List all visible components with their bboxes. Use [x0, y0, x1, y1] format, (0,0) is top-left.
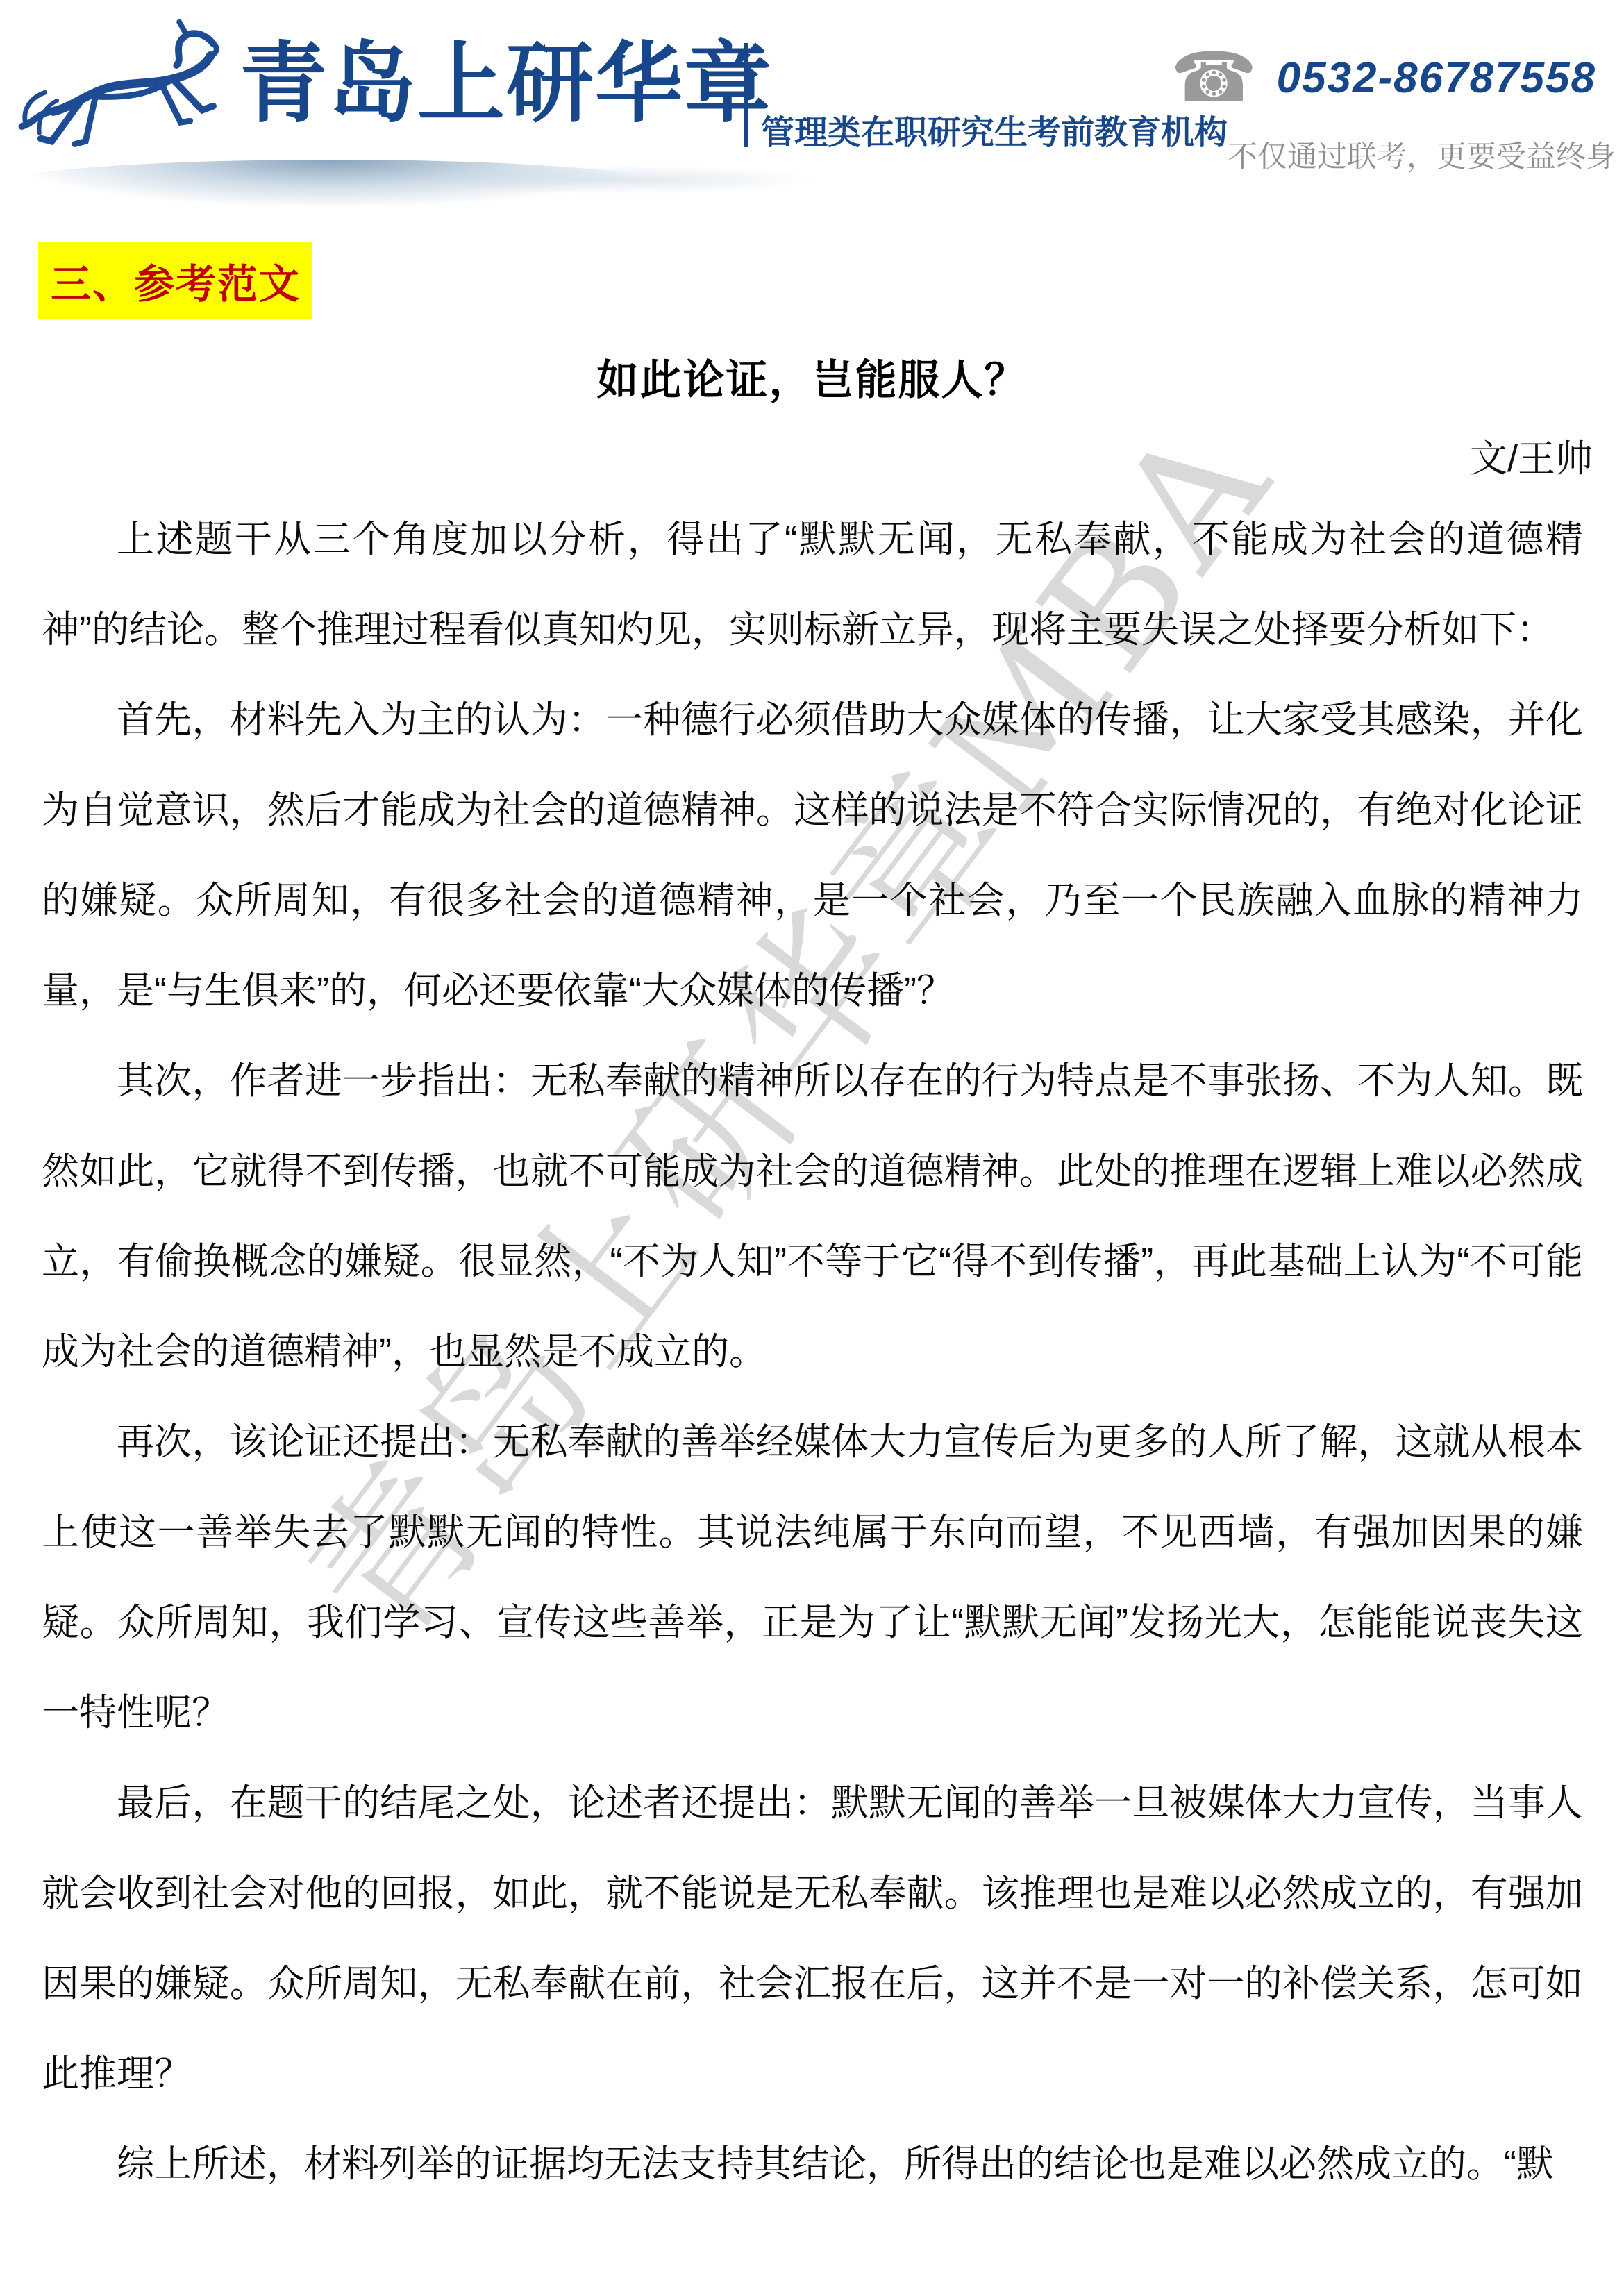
paragraph: 最后，在题干的结尾之处，论述者还提出：默默无闻的善举一旦被媒体大力宣传，当事人就…: [42, 1758, 1583, 2119]
telephone-icon: ☎: [1171, 43, 1257, 112]
article-body: 上述题干从三个角度加以分析，得出了“默默无闻，无私奉献，不能成为社会的道德精神”…: [42, 494, 1583, 2209]
paragraph: 首先，材料先入为主的认为：一种德行必须借助大众媒体的传播，让大家受其感染，并化为…: [42, 675, 1583, 1036]
section-heading-label: 三、参考范文: [51, 251, 301, 310]
brand-slogan: 不仅通过联考，更要受益终身: [1228, 133, 1616, 176]
brand-name: 青岛上研华章: [240, 36, 773, 133]
article-title: 如此论证，岂能服人？: [0, 347, 1624, 407]
paragraph: 再次，该论证还提出：无私奉献的善举经媒体大力宣传后为更多的人所了解，这就从根本上…: [42, 1397, 1583, 1758]
brand-tagline: 管理类在职研究生考前教育机构: [761, 106, 1228, 153]
letterhead: 青岛上研华章 管理类在职研究生考前教育机构 ☎ 0532-86787558 不仅…: [0, 0, 1624, 215]
phone-row: ☎ 0532-86787558: [1171, 43, 1596, 112]
paragraph: 其次，作者进一步指出：无私奉献的精神所以存在的行为特点是不事张扬、不为人知。既然…: [42, 1036, 1583, 1397]
section-heading-highlight: 三、参考范文: [38, 242, 312, 319]
paragraph: 上述题干从三个角度加以分析，得出了“默默无闻，无私奉献，不能成为社会的道德精神”…: [42, 494, 1583, 675]
header-swoosh-tail: [430, 165, 819, 194]
paragraph: 综上所述，材料列举的证据均无法支持其结论，所得出的结论也是难以必然成立的。“默: [42, 2119, 1583, 2209]
header-divider: [744, 43, 748, 147]
article-byline: 文/王帅: [1470, 429, 1593, 483]
horse-logo-icon: [12, 8, 235, 158]
document-page: 青岛上研华章MBA: [0, 0, 1624, 2296]
phone-number: 0532-86787558: [1277, 53, 1596, 103]
